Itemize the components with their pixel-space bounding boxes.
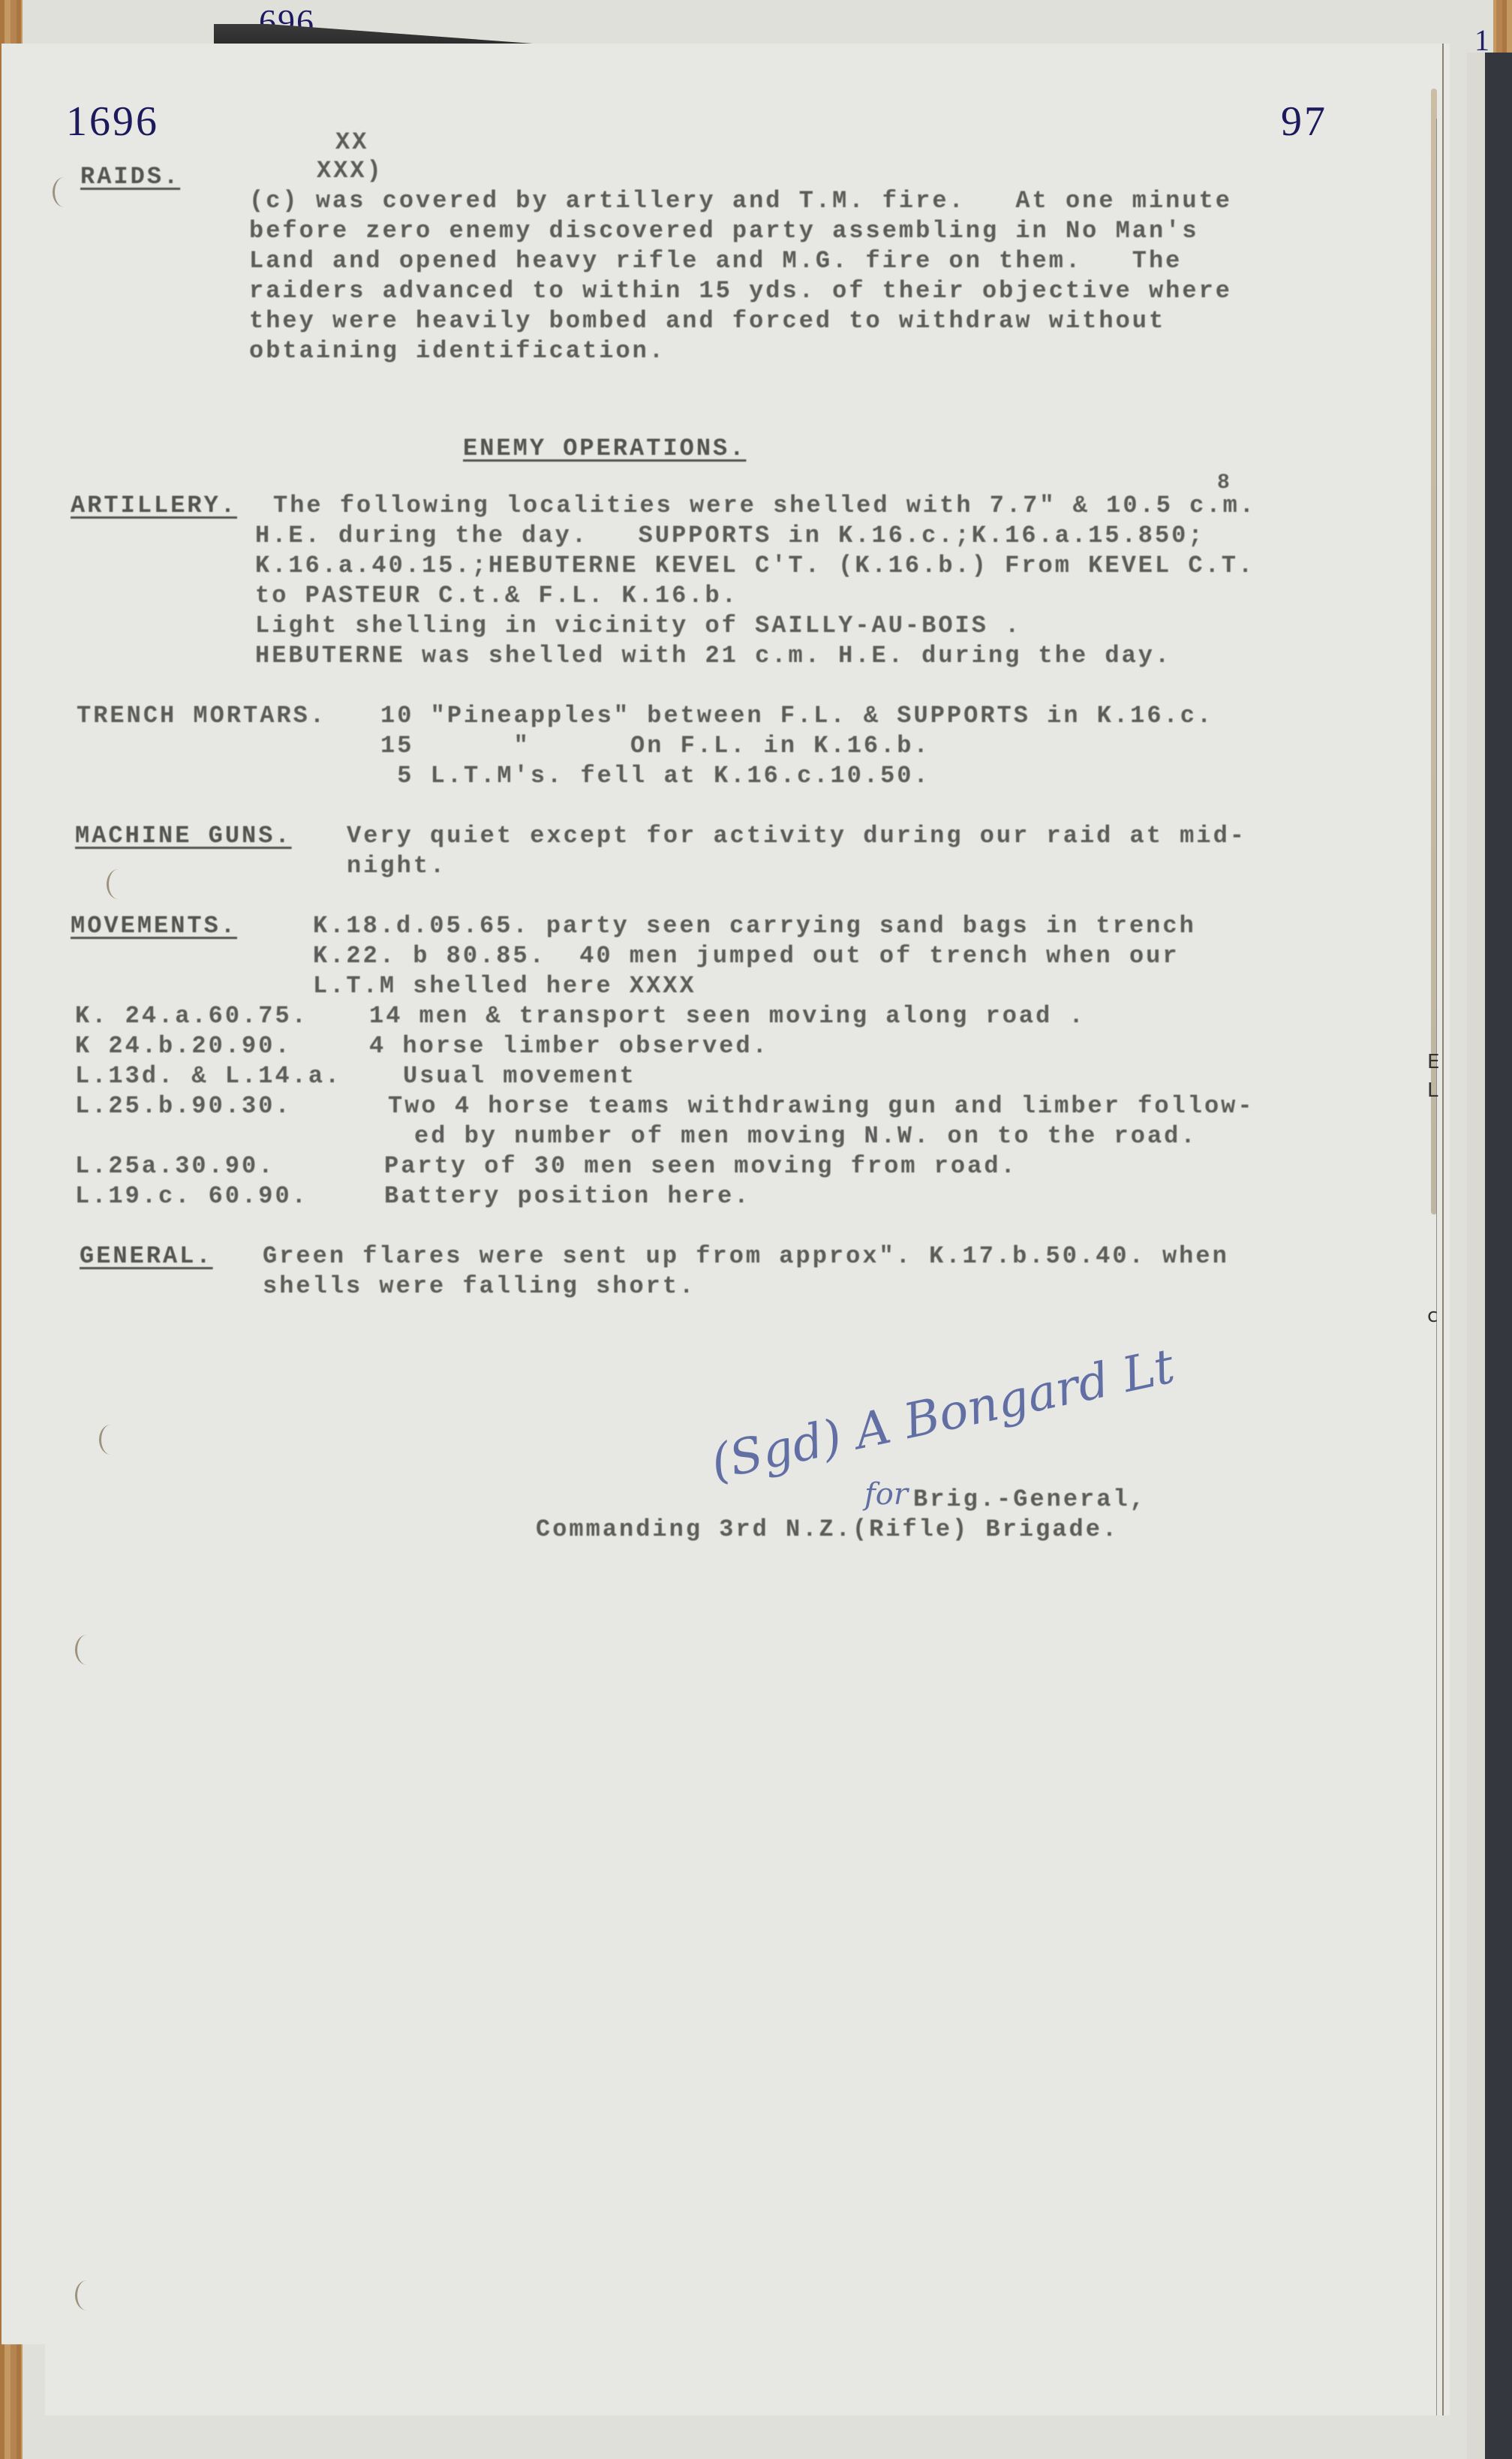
raids-line: before zero enemy discovered party assem…: [249, 216, 1199, 246]
movement-text: 4 horse limber observed.: [369, 1031, 769, 1061]
margin-mark: L: [1427, 1079, 1438, 1102]
movements-line: K.22. b 80.85. 40 men jumped out of tren…: [313, 941, 1180, 971]
artillery-line: K.16.a.40.15.;HEBUTERNE KEVEL C'T. (K.16…: [255, 551, 1255, 581]
movement-ref: L.19.c. 60.90.: [75, 1181, 308, 1211]
punch-hole-mark: [75, 2280, 98, 2310]
trench-mortars-heading: TRENCH MORTARS.: [77, 701, 326, 731]
movement-text: Battery position here.: [384, 1181, 750, 1211]
artillery-line: The following localities were shelled wi…: [273, 491, 1256, 521]
raids-heading: RAIDS.: [80, 162, 180, 192]
artillery-line: H.E. during the day. SUPPORTS in K.16.c.…: [255, 521, 1205, 551]
artillery-line: HEBUTERNE was shelled with 21 c.m. H.E. …: [255, 641, 1171, 671]
movement-text: ed by number of men moving N.W. on to th…: [414, 1121, 1198, 1151]
movement-text: 14 men & transport seen moving along roa…: [369, 1001, 1086, 1031]
machine-guns-heading: MACHINE GUNS.: [75, 821, 292, 851]
page-number-right: 97: [1281, 98, 1327, 146]
movement-ref: K. 24.a.60.75.: [75, 1001, 308, 1031]
movements-line: L.T.M shelled here XXXX: [313, 971, 696, 1001]
fold-line: [1436, 119, 1437, 2430]
raids-line: raiders advanced to within 15 yds. of th…: [249, 276, 1232, 306]
movements-line: K.18.d.05.65. party seen carrying sand b…: [313, 911, 1196, 941]
right-edge-number: 1: [1474, 23, 1489, 58]
punch-hole-mark: [53, 177, 76, 207]
punch-hole-mark: [75, 1635, 98, 1665]
artillery-heading: ARTILLERY.: [71, 491, 237, 521]
handwritten-signature: (Sgd) A Bongard Lt: [706, 1338, 1179, 1491]
raids-correction-bottom: XXX): [317, 156, 383, 186]
movement-text: Usual movement: [403, 1061, 636, 1091]
movement-ref: L.13d. & L.14.a.: [75, 1061, 341, 1091]
general-line: shells were falling short.: [263, 1272, 696, 1302]
machine-guns-line: night.: [347, 851, 446, 881]
artillery-line: to PASTEUR C.t.& F.L. K.16.b.: [255, 581, 738, 611]
margin-mark: c: [1427, 1305, 1438, 1327]
command-line: Commanding 3rd N.Z.(Rifle) Brigade.: [536, 1515, 1119, 1545]
punch-hole-mark: [99, 1425, 122, 1455]
movement-ref: L.25a.30.90.: [75, 1151, 275, 1181]
general-line: Green flares were sent up from approx". …: [263, 1242, 1229, 1272]
movement-ref: K 24.b.20.90.: [75, 1031, 292, 1061]
trench-mortars-line: 15 " On F.L. in K.16.b.: [380, 731, 930, 761]
trench-mortars-line: 10 "Pineapples" between F.L. & SUPPORTS …: [380, 701, 1213, 731]
raids-correction-top: XX: [335, 128, 368, 158]
page-number-left: 1696: [66, 98, 159, 146]
margin-mark: E: [1427, 1051, 1439, 1073]
trench-mortars-line: 5 L.T.M's. fell at K.16.c.10.50.: [380, 761, 930, 791]
punch-hole-mark: [107, 869, 130, 899]
enemy-operations-title: ENEMY OPERATIONS.: [463, 434, 746, 464]
raids-line: obtaining identification.: [249, 336, 666, 366]
right-edge-binder: [1467, 53, 1512, 2459]
movement-ref: L.25.b.90.30.: [75, 1091, 292, 1121]
movement-text: Party of 30 men seen moving from road.: [384, 1151, 1018, 1181]
raids-line: they were heavily bombed and forced to w…: [249, 306, 1165, 336]
general-heading: GENERAL.: [80, 1242, 213, 1272]
rank-line: Brig.-General,: [913, 1485, 1147, 1515]
movement-text: Two 4 horse teams withdrawing gun and li…: [388, 1091, 1255, 1121]
raids-line: (c) was covered by artillery and T.M. fi…: [249, 186, 1232, 216]
handwritten-for: for: [864, 1477, 908, 1512]
artillery-line: Light shelling in vicinity of SAILLY-AU-…: [255, 611, 1021, 641]
document-page: 1696 97 RAIDS. XX XXX) (c) was covered b…: [2, 44, 1450, 2415]
raids-line: Land and opened heavy rifle and M.G. fir…: [249, 246, 1182, 276]
movements-heading: MOVEMENTS.: [71, 911, 237, 941]
machine-guns-line: Very quiet except for activity during ou…: [347, 821, 1246, 851]
